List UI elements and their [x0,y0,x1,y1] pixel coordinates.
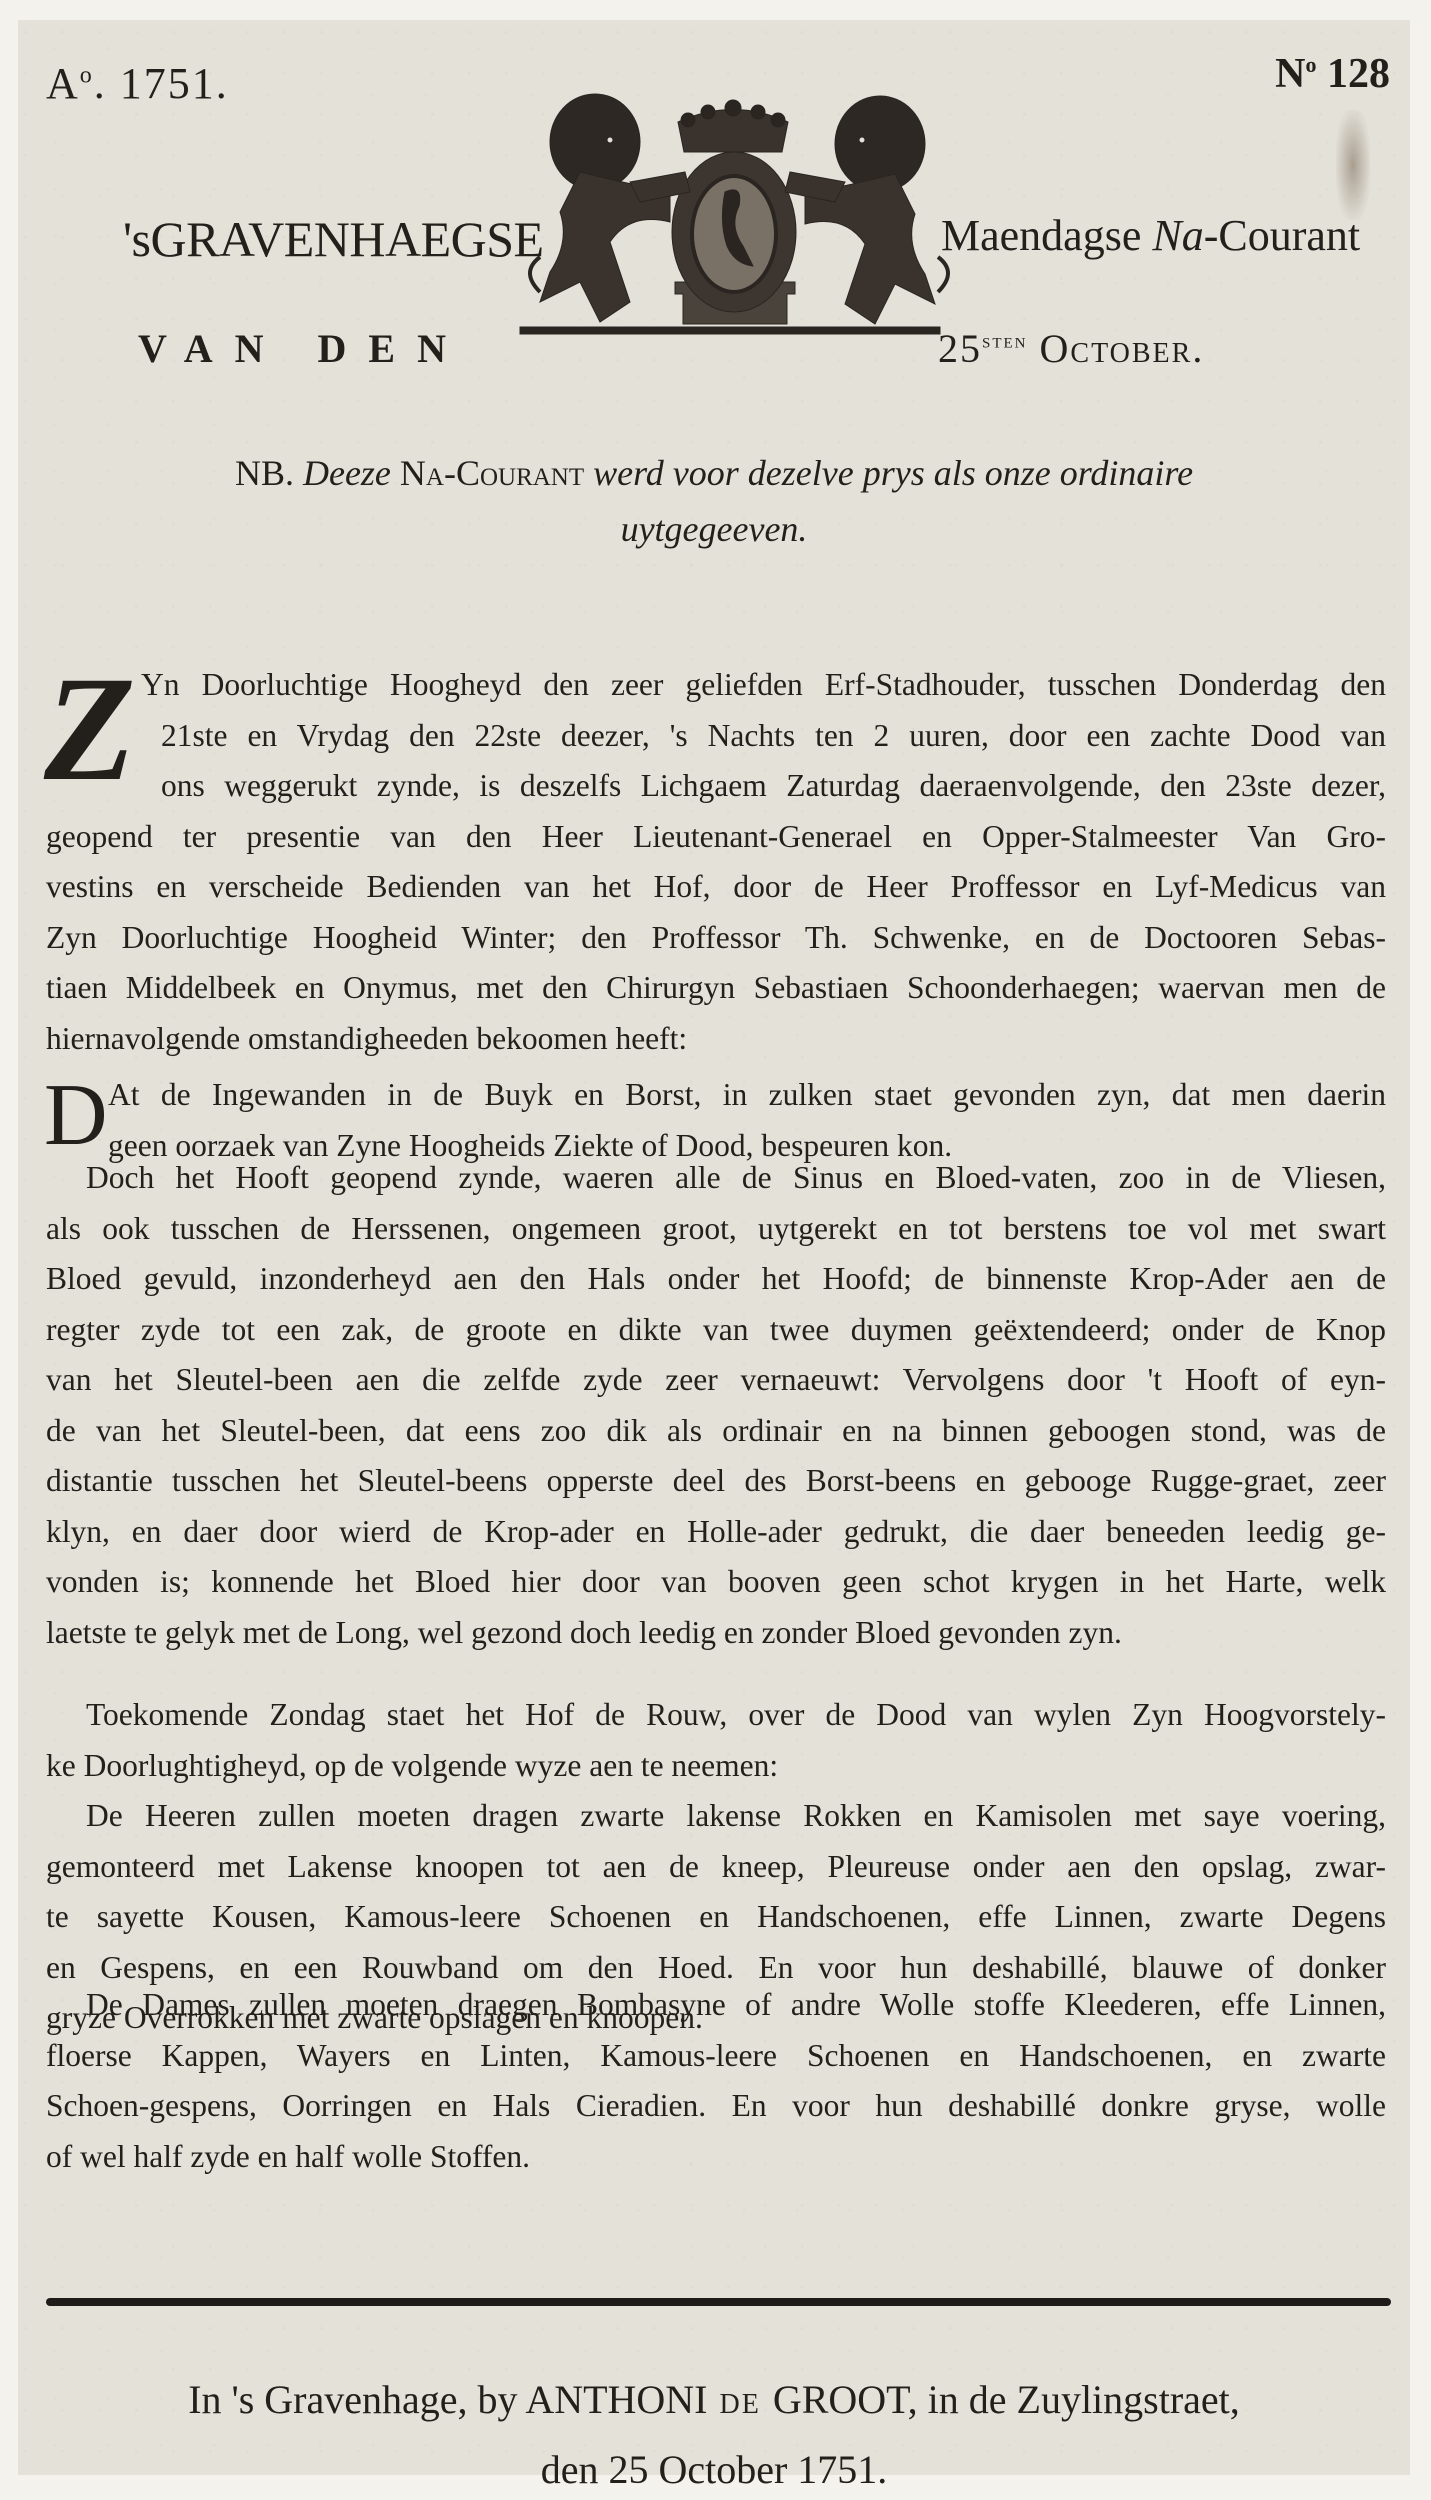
paragraph-head-findings: Doch het Hooft geopend zynde, waeren all… [46,1153,1386,1658]
masthead-title-right: Maendagse Na-Courant [941,210,1360,261]
coat-of-arms-icon [510,82,968,340]
drop-cap-z: Z [44,654,136,804]
divider-rule [46,2298,1391,2306]
paragraph-mourning-ladies: De Dames zullen moeten draegen Bombasyne… [46,1980,1386,2182]
imprint: In 's Gravenhage, by ANTHONI de GROOT, i… [18,2365,1410,2500]
notice-line: NB. Deeze Na-Courant werd voor dezelve p… [18,445,1410,557]
masthead-date: 25sten October. [938,325,1204,372]
masthead-title-left: 'sGRAVENHAEGSE [123,210,544,268]
van-den-label: VAN DEN [138,325,468,372]
year-label: Ao. 1751. [46,58,229,109]
ink-stamp-mark [1336,110,1370,220]
paragraph-autopsy-intro: Z Yn Doorluchtige Hoogheyd den zeer geli… [46,660,1386,1064]
issue-number: No 128 [1275,50,1390,98]
imprint-date: den 25 October 1751. [541,2447,888,2492]
drop-cap-d: D [44,1072,108,1160]
newspaper-page: Ao. 1751. No 128 'sGRAVENHAEGSE Maendags… [18,20,1410,2475]
